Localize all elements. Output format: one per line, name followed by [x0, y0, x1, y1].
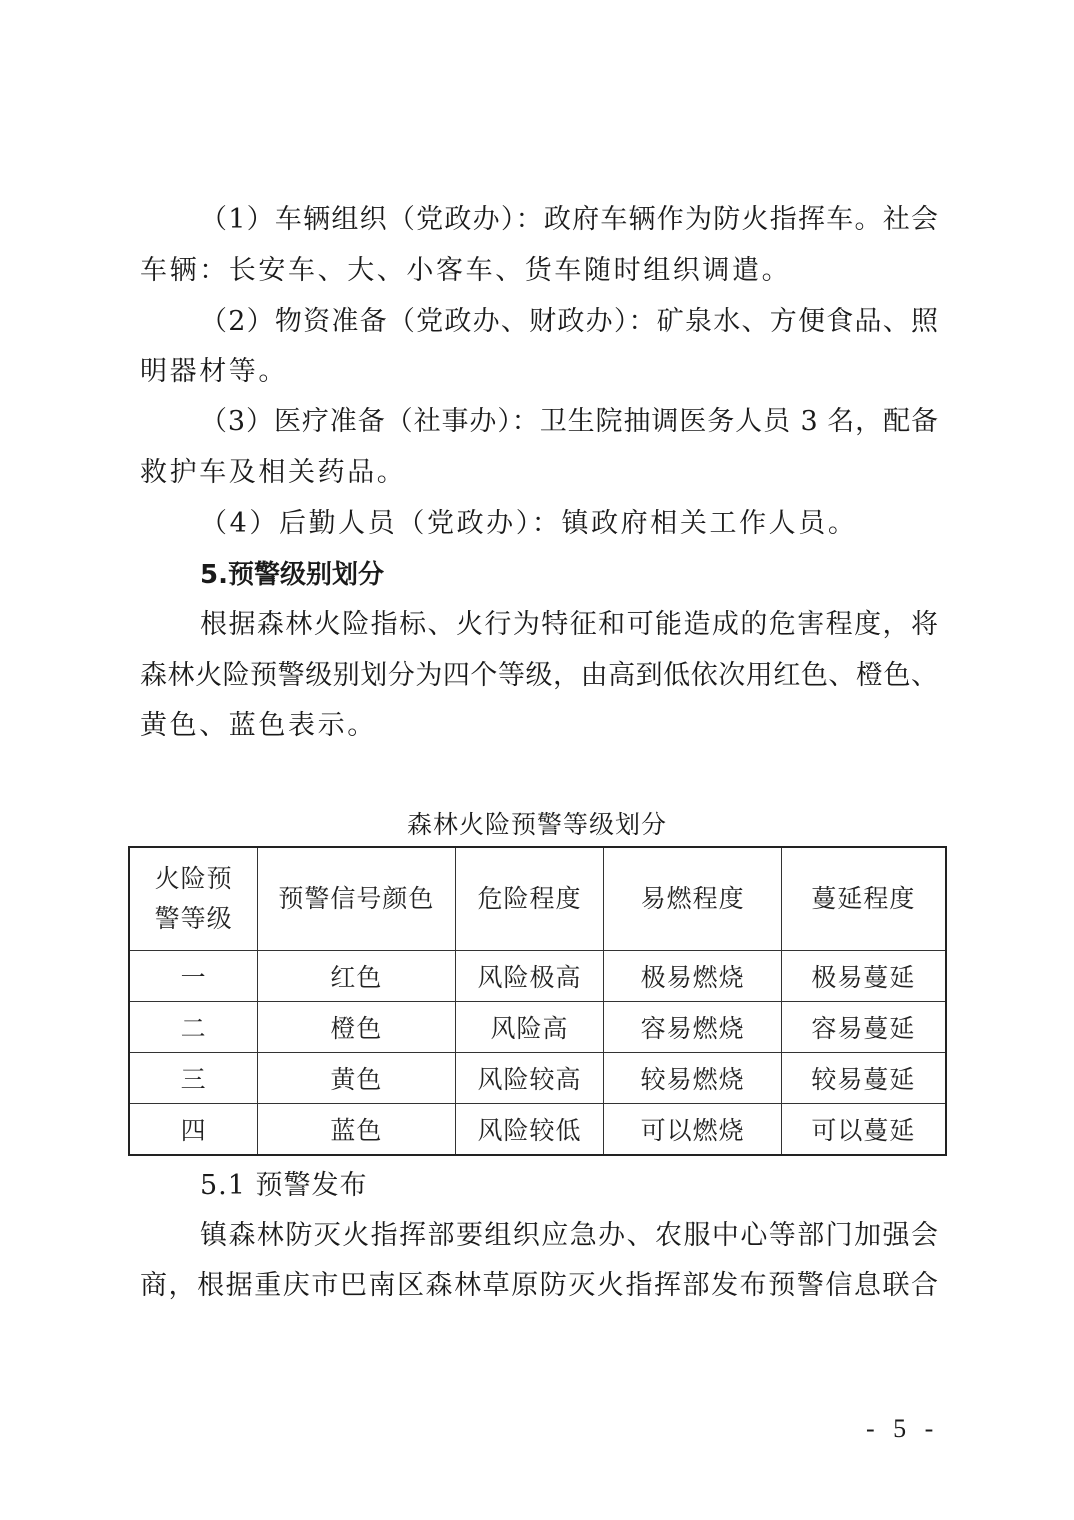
warning-level-table: 火险预 警等级 预警信号颜色 危险程度 易燃程度 蔓延程度 一 红色 风险极高 … — [128, 846, 947, 1156]
cell-danger: 风险较高 — [455, 1053, 604, 1104]
paragraph-logistics: （4）后勤人员（党政办）：镇政府相关工作人员。 — [200, 506, 1000, 542]
header-level-line1: 火险预 — [130, 859, 257, 899]
cell-flammability: 极易燃烧 — [604, 951, 782, 1002]
cell-flammability: 容易燃烧 — [604, 1002, 782, 1053]
table-row: 四 蓝色 风险较低 可以燃烧 可以蔓延 — [129, 1104, 946, 1156]
header-spread: 蔓延程度 — [781, 847, 946, 951]
paragraph-medical-line2: 救护车及相关药品。 — [140, 455, 940, 491]
table-header-row: 火险预 警等级 预警信号颜色 危险程度 易燃程度 蔓延程度 — [129, 847, 946, 951]
cell-spread: 可以蔓延 — [781, 1104, 946, 1156]
cell-level: 三 — [129, 1053, 258, 1104]
section-heading-warning-release: 5.1 预警发布 — [200, 1168, 1000, 1204]
header-level: 火险预 警等级 — [129, 847, 258, 951]
document-page: （1）车辆组织（党政办）：政府车辆作为防火指挥车。社会 车辆：长安车、大、小客车… — [0, 0, 1074, 1520]
cell-color: 红色 — [258, 951, 455, 1002]
header-level-line2: 警等级 — [130, 899, 257, 939]
table-title: 森林火险预警等级划分 — [0, 808, 1074, 842]
cell-flammability: 较易燃烧 — [604, 1053, 782, 1104]
cell-color: 黄色 — [258, 1053, 455, 1104]
table-row: 一 红色 风险极高 极易燃烧 极易蔓延 — [129, 951, 946, 1002]
header-color: 预警信号颜色 — [258, 847, 455, 951]
paragraph-vehicle-line2: 车辆：长安车、大、小客车、货车随时组织调遣。 — [140, 253, 940, 289]
section-heading-warning-levels: 5.预警级别划分 — [200, 557, 1000, 593]
cell-danger: 风险较低 — [455, 1104, 604, 1156]
paragraph-levels-line2: 森林火险预警级别划分为四个等级，由高到低依次用红色、橙色、 — [140, 658, 938, 694]
paragraph-medical-line1: （3）医疗准备（社事办）：卫生院抽调医务人员 3 名，配备 — [200, 404, 938, 440]
cell-danger: 风险高 — [455, 1002, 604, 1053]
cell-spread: 极易蔓延 — [781, 951, 946, 1002]
cell-color: 橙色 — [258, 1002, 455, 1053]
table-row: 三 黄色 风险较高 较易燃烧 较易蔓延 — [129, 1053, 946, 1104]
paragraph-levels-line3: 黄色、蓝色表示。 — [140, 708, 940, 744]
paragraph-vehicle-line1: （1）车辆组织（党政办）：政府车辆作为防火指挥车。社会 — [200, 202, 938, 238]
paragraph-supplies-line1: （2）物资准备（党政办、财政办）：矿泉水、方便食品、照 — [200, 304, 938, 340]
cell-flammability: 可以燃烧 — [604, 1104, 782, 1156]
header-danger: 危险程度 — [455, 847, 604, 951]
paragraph-levels-line1: 根据森林火险指标、火行为特征和可能造成的危害程度，将 — [200, 607, 938, 643]
paragraph-supplies-line2: 明器材等。 — [140, 354, 940, 390]
cell-level: 四 — [129, 1104, 258, 1156]
page-number: - 5 - — [866, 1414, 939, 1444]
table-row: 二 橙色 风险高 容易燃烧 容易蔓延 — [129, 1002, 946, 1053]
paragraph-release-line1: 镇森林防灭火指挥部要组织应急办、农服中心等部门加强会 — [200, 1218, 938, 1254]
header-flammability: 易燃程度 — [604, 847, 782, 951]
cell-level: 二 — [129, 1002, 258, 1053]
cell-spread: 容易蔓延 — [781, 1002, 946, 1053]
paragraph-release-line2: 商，根据重庆市巴南区森林草原防灭火指挥部发布预警信息联合 — [140, 1268, 938, 1304]
cell-spread: 较易蔓延 — [781, 1053, 946, 1104]
cell-color: 蓝色 — [258, 1104, 455, 1156]
cell-level: 一 — [129, 951, 258, 1002]
cell-danger: 风险极高 — [455, 951, 604, 1002]
